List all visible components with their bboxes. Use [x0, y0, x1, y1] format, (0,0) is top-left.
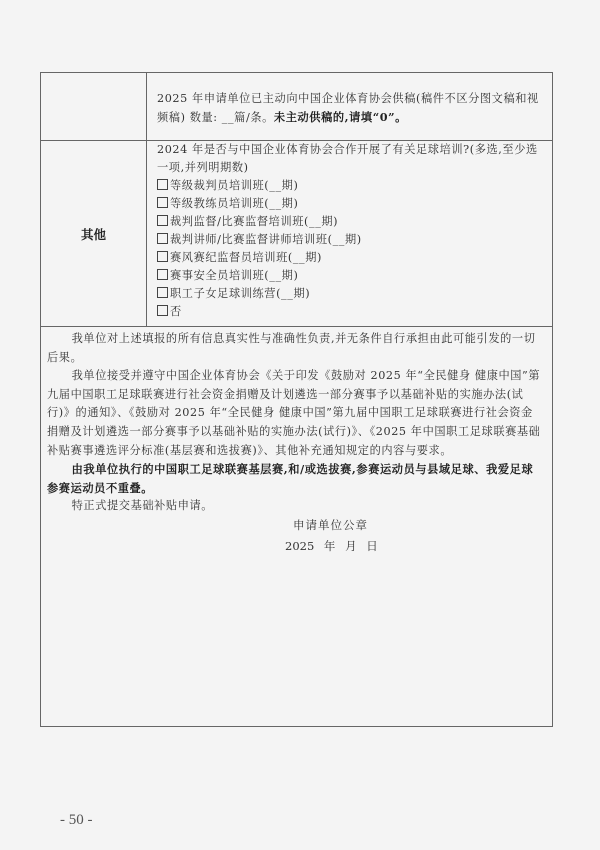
submission-count-text: 2025 年申请单位已主动向中国企业体育协会供稿(稿件不区分图文稿和视频稿) 数… — [147, 73, 552, 140]
checkbox-icon[interactable] — [157, 215, 168, 226]
training-question-cell: 2024 年是否与中国企业体育协会合作开展了有关足球培训?(多选,至少选一项,并… — [147, 141, 552, 326]
submission-count-row: 2025 年申请单位已主动向中国企业体育协会供稿(稿件不区分图文稿和视频稿) 数… — [41, 73, 552, 141]
option-youth-camp[interactable]: 职工子女足球训练营(__期) — [157, 285, 544, 303]
declaration-p4: 特正式提交基础补贴申请。 — [47, 497, 544, 516]
checkbox-icon[interactable] — [157, 179, 168, 190]
option-no[interactable]: 否 — [157, 303, 544, 321]
declaration-p3: 由我单位执行的中国职工足球联赛基层赛,和/或选拔赛,参赛运动员与县域足球、我爱足… — [47, 460, 544, 497]
application-form-table: 2025 年申请单位已主动向中国企业体育协会供稿(稿件不区分图文稿和视频稿) 数… — [40, 72, 553, 727]
other-label: 其他 — [41, 141, 147, 326]
other-row: 其他 2024 年是否与中国企业体育协会合作开展了有关足球培训?(多选,至少选一… — [41, 141, 552, 327]
checkbox-icon[interactable] — [157, 305, 168, 316]
option-discipline-training[interactable]: 赛风赛纪监督员培训班(__期) — [157, 249, 544, 267]
declaration-p1: 我单位对上述填报的所有信息真实性与准确性负责,并无条件自行承担由此可能引发的一切… — [47, 330, 544, 367]
date-line: 2025 年 月 日 — [285, 538, 378, 554]
row-label — [41, 73, 147, 140]
declaration-p2: 我单位接受并遵守中国企业体育协会《关于印发《鼓励对 2025 年“全民健身 健康… — [47, 367, 544, 460]
option-supervisor-training[interactable]: 裁判监督/比赛监督培训班(__期) — [157, 213, 544, 231]
checkbox-icon[interactable] — [157, 197, 168, 208]
seal-label: 申请单位公章 — [293, 517, 368, 533]
checkbox-icon[interactable] — [157, 269, 168, 280]
option-referee-training[interactable]: 等级裁判员培训班(__期) — [157, 177, 544, 195]
checkbox-icon[interactable] — [157, 287, 168, 298]
training-question: 2024 年是否与中国企业体育协会合作开展了有关足球培训?(多选,至少选一项,并… — [157, 141, 544, 177]
checkbox-icon[interactable] — [157, 233, 168, 244]
page-number: - 50 - — [60, 812, 93, 829]
submission-count-note: 未主动供稿的,请填“0”。 — [274, 110, 407, 124]
checkbox-icon[interactable] — [157, 251, 168, 262]
option-lecturer-training[interactable]: 裁判讲师/比赛监督讲师培训班(__期) — [157, 231, 544, 249]
option-coach-training[interactable]: 等级教练员培训班(__期) — [157, 195, 544, 213]
option-safety-training[interactable]: 赛事安全员培训班(__期) — [157, 267, 544, 285]
